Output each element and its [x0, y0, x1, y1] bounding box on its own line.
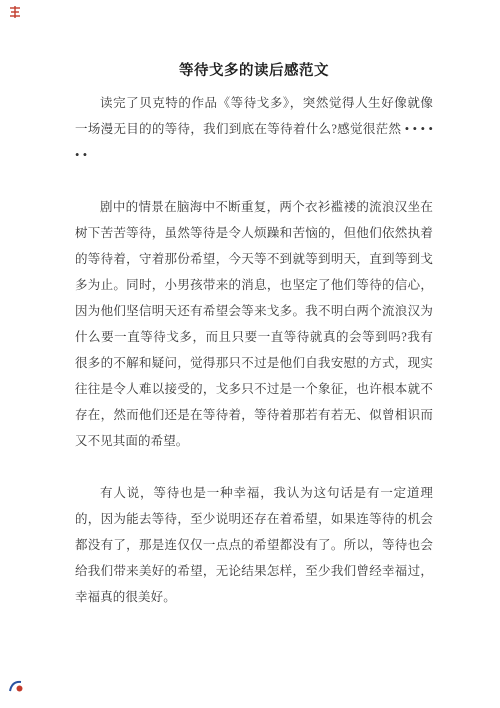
document-page: 等待戈多的读后感范文 读完了贝克特的作品《等待戈多》，突然觉得人生好像就像一场漫… — [0, 0, 500, 708]
paragraph-intro: 读完了贝克特的作品《等待戈多》，突然觉得人生好像就像一场漫无目的的等待，我们到底… — [75, 90, 433, 168]
paragraph-conclusion: 有人说，等待也是一种幸福，我认为这句话是有一定道理的，因为能去等待，至少说明还存… — [75, 480, 433, 610]
site-logo-icon — [8, 679, 24, 699]
paragraph-body: 剧中的情景在脑海中不断重复，两个衣衫褴褛的流浪汉坐在树下苦苦等待，虽然等待是令人… — [75, 194, 433, 454]
page-title: 等待戈多的读后感范文 — [75, 60, 433, 82]
red-watermark-icon — [8, 5, 22, 24]
